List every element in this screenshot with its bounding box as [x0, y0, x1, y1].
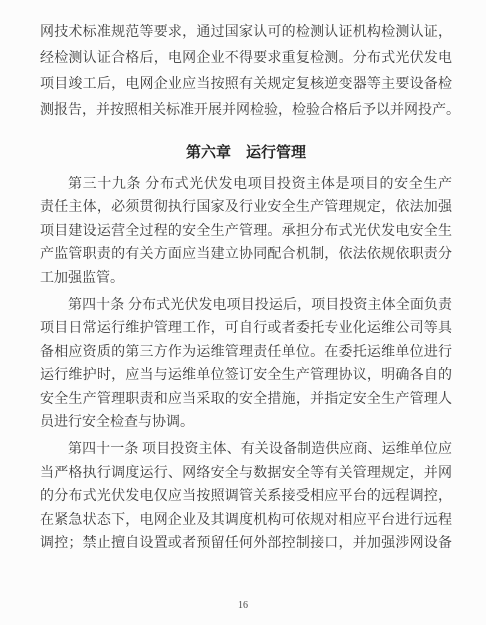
text-line: 测报告，并按照相关标准开展并网检验，检验合格后予以并网投产。 — [40, 98, 452, 124]
paragraph-article-39: 第三十九条 分布式光伏发电项目投资主体是项目的安全生产责任主体，必须贯彻执行国家… — [40, 173, 452, 291]
text-line: 当严格执行调度运行、网络安全与数据安全等有关管理规定，并网 — [40, 462, 452, 486]
text-line: 调控；禁止擅自设置或者预留任何外部控制接口，并加强涉网设备 — [40, 532, 452, 556]
text-line: 第四十条 分布式光伏发电项目投运后，项目投资主体全面负责 — [40, 294, 452, 318]
text-line: 员进行安全检查与协调。 — [40, 411, 452, 435]
paragraph-article-40: 第四十条 分布式光伏发电项目投运后，项目投资主体全面负责项目日常运行维护管理工作… — [40, 294, 452, 435]
text-line: 在紧急状态下，电网企业及其调度机构可依规对相应平台进行远程 — [40, 509, 452, 533]
text-line: 第四十一条 项目投资主体、有关设备制造供应商、运维单位应 — [40, 438, 452, 462]
text-line: 责任主体，必须贯彻执行国家及行业安全生产管理规定，依法加强 — [40, 196, 452, 220]
text-line: 工加强监管。 — [40, 267, 452, 291]
paragraph-continuation: 网技术标准规范等要求，通过国家认可的检测认证机构检测认证，经检测认证合格后，电网… — [40, 20, 452, 124]
text-line: 安全生产管理职责和应当采取的安全措施，并指定安全生产管理人 — [40, 388, 452, 412]
document-page: 网技术标准规范等要求，通过国家认可的检测认证机构检测认证，经检测认证合格后，电网… — [0, 0, 486, 625]
text-line: 网技术标准规范等要求，通过国家认可的检测认证机构检测认证， — [40, 20, 452, 46]
paragraph-article-41: 第四十一条 项目投资主体、有关设备制造供应商、运维单位应当严格执行调度运行、网络… — [40, 438, 452, 556]
text-line: 项目建设运营全过程的安全生产管理。承担分布式光伏发电安全生 — [40, 220, 452, 244]
text-line: 产监管职责的有关方面应当建立协同配合机制，依法依规依职责分 — [40, 243, 452, 267]
text-line: 备相应资质的第三方作为运维管理责任单位。在委托运维单位进行 — [40, 341, 452, 365]
text-line: 的分布式光伏发电仅应当按照调管关系接受相应平台的远程调控， — [40, 485, 452, 509]
text-line: 项目日常运行维护管理工作，可自行或者委托专业化运维公司等具 — [40, 317, 452, 341]
text-line: 运行维护时，应当与运维单位签订安全生产管理协议，明确各自的 — [40, 364, 452, 388]
text-line: 项目竣工后，电网企业应当按照有关规定复核逆变器等主要设备检 — [40, 72, 452, 98]
chapter-heading: 第六章 运行管理 — [40, 142, 452, 166]
page-number: 16 — [0, 599, 486, 613]
page-content: 网技术标准规范等要求，通过国家认可的检测认证机构检测认证，经检测认证合格后，电网… — [40, 20, 452, 556]
text-line: 第三十九条 分布式光伏发电项目投资主体是项目的安全生产 — [40, 173, 452, 197]
text-line: 经检测认证合格后，电网企业不得要求重复检测。分布式光伏发电 — [40, 46, 452, 72]
